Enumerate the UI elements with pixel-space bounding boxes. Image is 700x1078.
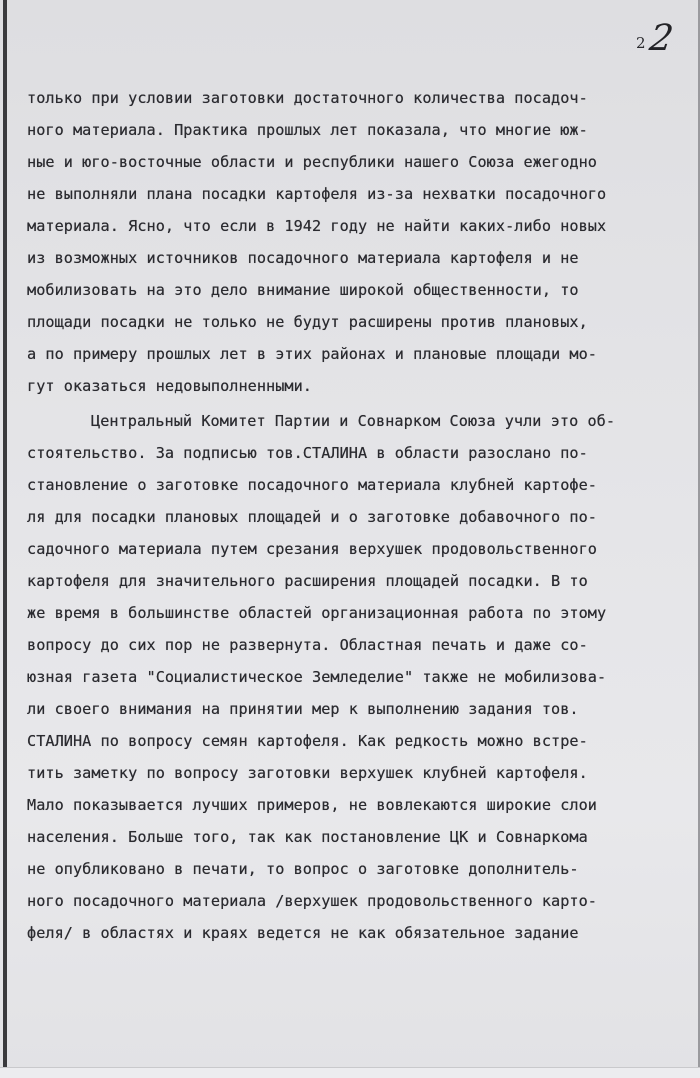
text-line: из возможных источников посадочного мате… [27,242,667,274]
page-left-edge [3,0,7,1078]
page-number-handwritten: 2 [647,18,676,59]
text-line: садочного материала путем срезания верху… [27,533,667,565]
text-line: феля/ в областях и краях ведется не как … [27,917,667,949]
text-line: населения. Больше того, так как постанов… [27,821,667,853]
text-line: же время в большинстве областей организа… [27,597,667,629]
text-line: ного материала. Практика прошлых лет пок… [27,114,667,146]
text-line: картофеля для значительного расширения п… [27,565,667,597]
text-line: вопросу до сих пор не развернута. Област… [27,629,667,661]
text-line: мобилизовать на это дело внимание широко… [27,274,667,306]
text-line: ного посадочного материала /верхушек про… [27,885,667,917]
text-line: стоятельство. За подписью тов.СТАЛИНА в … [27,437,667,469]
text-line: а по примеру прошлых лет в этих районах … [27,338,667,370]
text-line: не опубликовано в печати, то вопрос о за… [27,853,667,885]
text-line: ля для посадки плановых площадей и о заг… [27,501,667,533]
text-line: гут оказаться недовыполненными. [27,370,667,402]
document-page: 2 2 только при условии заготовки достато… [0,0,700,1078]
text-line: тить заметку по вопросу заготовки верхуш… [27,757,667,789]
text-line: становление о заготовке посадочного мате… [27,469,667,501]
text-line: площади посадки не только не будут расши… [27,306,667,338]
page-number-typed: 2 [636,34,646,52]
text-line: Мало показывается лучших примеров, не во… [27,789,667,821]
text-line: ли своего внимания на принятии мер к вып… [27,693,667,725]
document-body: только при условии заготовки достаточног… [27,82,667,949]
text-line: только при условии заготовки достаточног… [27,82,667,114]
paragraph-2: Центральный Комитет Партии и Совнарком С… [27,405,667,949]
text-line: не выполняли плана посадки картофеля из-… [27,178,667,210]
paragraph-1: только при условии заготовки достаточног… [27,82,667,402]
text-line: Центральный Комитет Партии и Совнарком С… [27,405,667,437]
text-line: юзная газета "Социалистическое Земледели… [27,661,667,693]
text-line: ные и юго-восточные области и республики… [27,146,667,178]
text-line: СТАЛИНА по вопросу семян картофеля. Как … [27,725,667,757]
text-line: материала. Ясно, что если в 1942 году не… [27,210,667,242]
page-bottom-edge [0,1067,700,1078]
